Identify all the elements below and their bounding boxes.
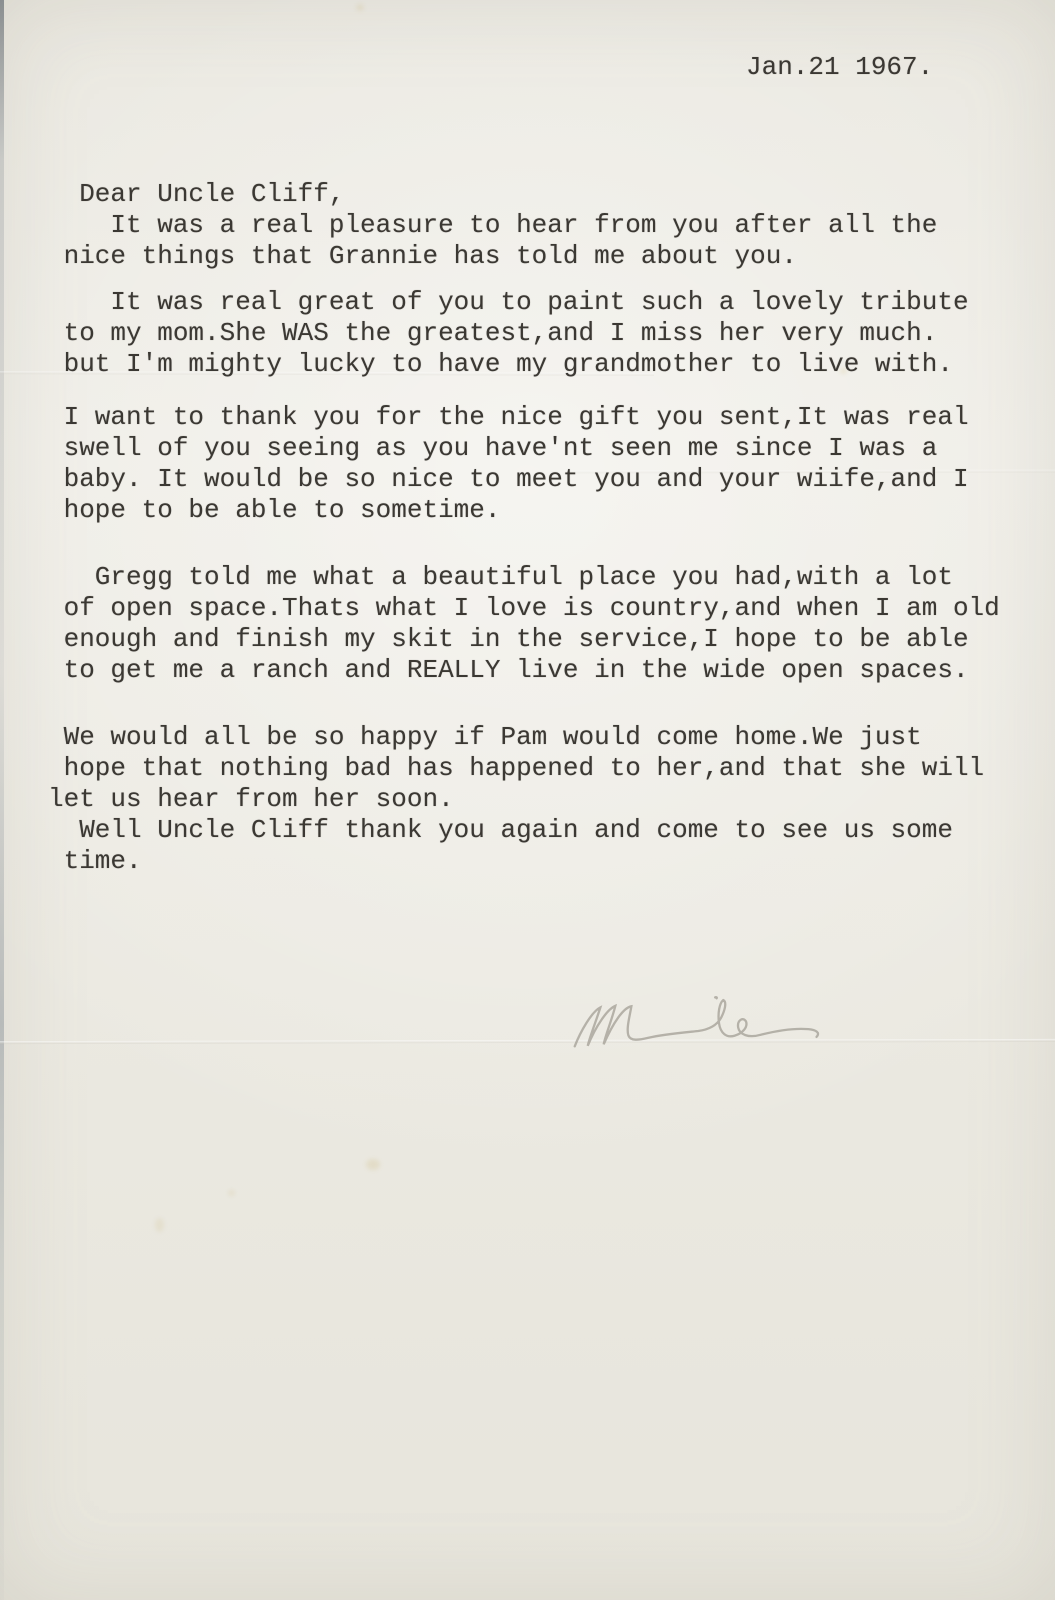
letter-line: Gregg told me what a beautiful place you… (48, 562, 1000, 593)
letter-line: I want to thank you for the nice gift yo… (48, 402, 1000, 433)
paper-stain (366, 1159, 380, 1170)
letter-line: time. (48, 846, 1000, 877)
letter-line: Dear Uncle Cliff, (48, 179, 1000, 210)
letter-line: It was a real pleasure to hear from you … (48, 210, 1000, 241)
letter-line: hope that nothing bad has happened to he… (48, 753, 1000, 784)
letter-date: Jan.21 1967. (746, 52, 933, 83)
fold-crease-lower (0, 1039, 1055, 1044)
letter-line: It was real great of you to paint such a… (48, 287, 1000, 318)
letter-line: to get me a ranch and REALLY live in the… (48, 655, 1000, 686)
letter-line: enough and finish my skit in the service… (48, 624, 1000, 655)
letter-paragraph: I want to thank you for the nice gift yo… (48, 402, 1000, 526)
paper-left-edge-shadow (0, 0, 4, 1600)
letter-line: nice things that Grannie has told me abo… (48, 241, 1000, 272)
letter-body: Dear Uncle Cliff, It was a real pleasure… (48, 179, 1000, 877)
letter-line: Well Uncle Cliff thank you again and com… (48, 815, 1000, 846)
letter-paragraph: Gregg told me what a beautiful place you… (48, 562, 1000, 686)
letter-page: Jan.21 1967. Dear Uncle Cliff, It was a … (0, 0, 1055, 1600)
signature-scrawl (567, 987, 829, 1058)
letter-line: but I'm mighty lucky to have my grandmot… (48, 349, 1000, 380)
letter-line: swell of you seeing as you have'nt seen … (48, 433, 1000, 464)
letter-paragraph: Dear Uncle Cliff, It was a real pleasure… (48, 179, 1000, 272)
letter-line: We would all be so happy if Pam would co… (48, 722, 1000, 753)
letter-line: of open space.Thats what I love is count… (48, 593, 1000, 624)
letter-line: let us hear from her soon. (48, 784, 1000, 815)
letter-paragraph: It was real great of you to paint such a… (48, 287, 1000, 380)
paper-stain (356, 4, 364, 11)
letter-line: baby. It would be so nice to meet you an… (48, 464, 1000, 495)
letter-line: to my mom.She WAS the greatest,and I mis… (48, 318, 1000, 349)
letter-line: hope to be able to sometime. (48, 495, 1000, 526)
paper-stain (155, 1218, 164, 1232)
paper-stain (228, 1190, 235, 1196)
letter-paragraph: We would all be so happy if Pam would co… (48, 722, 1000, 877)
